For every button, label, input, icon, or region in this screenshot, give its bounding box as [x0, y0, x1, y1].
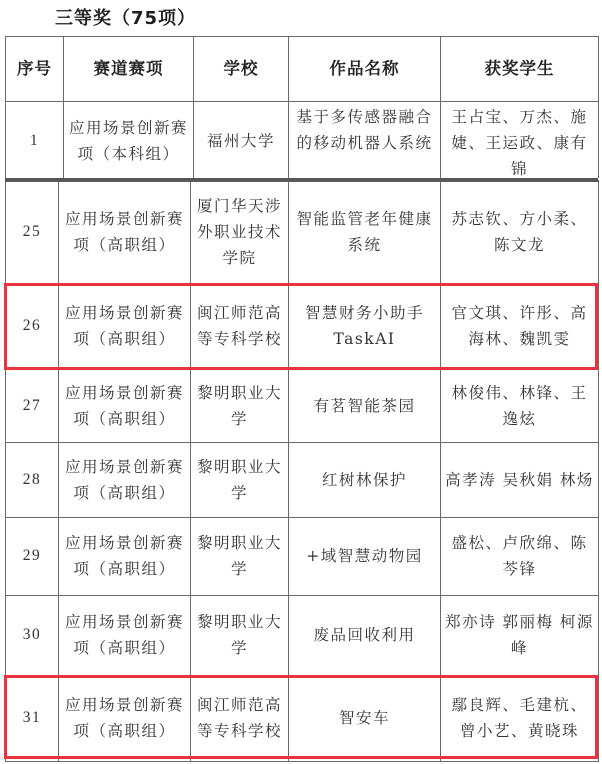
row-index: 25 — [6, 181, 59, 283]
row-work: +域智慧动物园 — [289, 517, 441, 595]
row-students: 官文琪、许彤、高海林、魏凯雯 — [441, 283, 599, 369]
row-track: 应用场景创新赛项（高职组） — [59, 283, 191, 369]
header-work: 作品名称 — [289, 37, 441, 102]
row-work: 有茗智能茶园 — [289, 369, 441, 442]
row-index: 1 — [9, 104, 60, 178]
header-students: 获奖学生 — [441, 37, 599, 102]
row-students: 郑亦诗 郭丽梅 柯源峰 — [441, 595, 599, 675]
row-school: 闽江师范高等专科学校 — [191, 283, 289, 369]
row-school: 黎明职业大学 — [191, 595, 289, 675]
row-students: 苏志钦、方小柔、陈文龙 — [441, 181, 599, 283]
row-track: 应用场景创新赛项（本科组） — [67, 104, 190, 178]
table-row-30: 30 应用场景创新赛项（高职组） 黎明职业大学 废品回收利用 郑亦诗 郭丽梅 柯… — [6, 595, 599, 675]
row-school: 黎明职业大学 — [191, 517, 289, 595]
row-track: 应用场景创新赛项（高职组） — [59, 181, 191, 283]
row-index: 31 — [6, 675, 59, 761]
row-track: 应用场景创新赛项（高职组） — [59, 595, 191, 675]
row-work: 智安车 — [289, 675, 441, 761]
section-title: 三等奖（75项） — [55, 4, 196, 30]
row-track: 应用场景创新赛项（高职组） — [59, 675, 191, 761]
row-work: 基于多传感器融合的移动机器人系统 — [292, 104, 437, 178]
table-row-26: 26 应用场景创新赛项（高职组） 闽江师范高等专科学校 智慧财务小助手 Task… — [6, 283, 599, 369]
header-track: 赛道赛项 — [64, 37, 194, 102]
row-work: 废品回收利用 — [289, 595, 441, 675]
row-track: 应用场景创新赛项（高职组） — [59, 517, 191, 595]
row-index: 26 — [6, 283, 59, 369]
row-school: 厦门华天涉外职业技术学院 — [191, 181, 289, 283]
row-index: 30 — [6, 595, 59, 675]
row-school: 闽江师范高等专科学校 — [191, 675, 289, 761]
table-row-29: 29 应用场景创新赛项（高职组） 黎明职业大学 +域智慧动物园 盛松、卢欣绵、陈… — [6, 517, 599, 595]
table-row-27: 27 应用场景创新赛项（高职组） 黎明职业大学 有茗智能茶园 林俊伟、林锋、王逸… — [6, 369, 599, 442]
table-row: 1 应用场景创新赛项（本科组） 福州大学 基于多传感器融合的移动机器人系统 王占… — [6, 102, 599, 179]
row-students: 林俊伟、林锋、王逸炫 — [441, 369, 599, 442]
row-school: 福州大学 — [197, 104, 285, 178]
table-header-row: 序号 赛道赛项 学校 作品名称 获奖学生 — [6, 37, 599, 102]
row-track: 应用场景创新赛项（高职组） — [59, 442, 191, 517]
row-school: 黎明职业大学 — [191, 369, 289, 442]
row-index: 29 — [6, 517, 59, 595]
awards-table-body-part: 25 应用场景创新赛项（高职组） 厦门华天涉外职业技术学院 智能监管老年健康系统… — [5, 180, 599, 762]
row-students: 高孝涛 吴秋娟 林炀 — [441, 442, 599, 517]
row-track: 应用场景创新赛项（高职组） — [59, 369, 191, 442]
table-row-25: 25 应用场景创新赛项（高职组） 厦门华天涉外职业技术学院 智能监管老年健康系统… — [6, 181, 599, 283]
table-row-31: 31 应用场景创新赛项（高职组） 闽江师范高等专科学校 智安车 鄢良辉、毛建杭、… — [6, 675, 599, 761]
row-students: 王占宝、万杰、施婕、王运政、康有锦 — [444, 104, 595, 178]
row-index: 27 — [6, 369, 59, 442]
row-students: 盛松、卢欣绵、陈芩锋 — [441, 517, 599, 595]
header-index: 序号 — [6, 37, 64, 102]
table-row-28: 28 应用场景创新赛项（高职组） 黎明职业大学 红树林保护 高孝涛 吴秋娟 林炀 — [6, 442, 599, 517]
row-students: 鄢良辉、毛建杭、曾小艺、黄晓珠 — [441, 675, 599, 761]
row-school: 黎明职业大学 — [191, 442, 289, 517]
row-work: 智能监管老年健康系统 — [289, 181, 441, 283]
row-work: 智慧财务小助手 TaskAI — [289, 283, 441, 369]
awards-table-header-part: 序号 赛道赛项 学校 作品名称 获奖学生 1 应用场景创新赛项（本科组） 福州大… — [5, 36, 599, 178]
row-index: 28 — [6, 442, 59, 517]
row-work: 红树林保护 — [289, 442, 441, 517]
header-school: 学校 — [194, 37, 289, 102]
